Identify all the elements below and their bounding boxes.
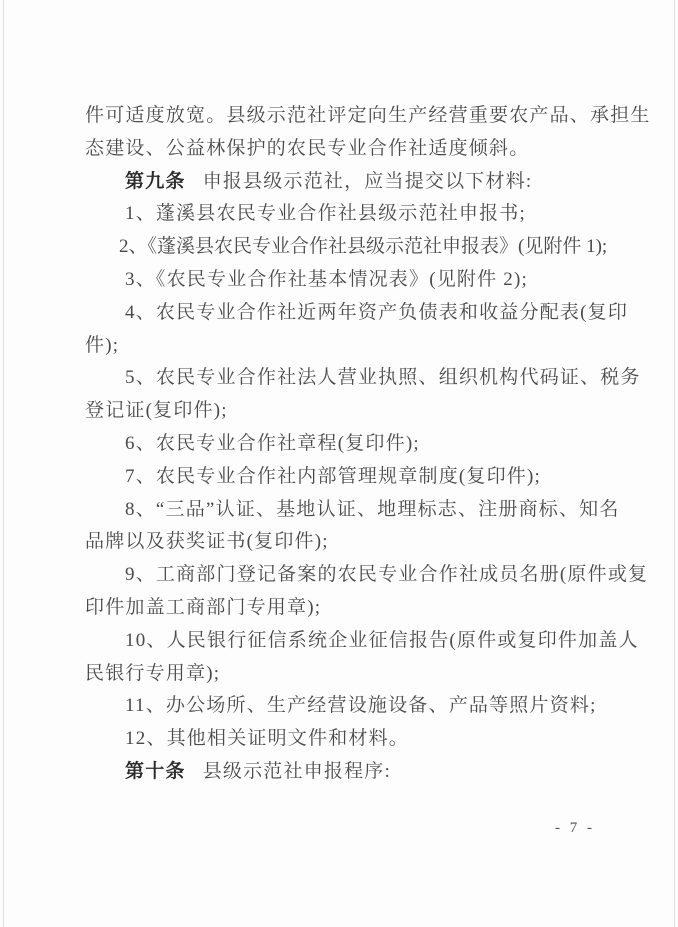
list-item-5-continuation: 登记证(复印件); [85,395,630,428]
list-item-2: 2、《蓬溪县农民专业合作社县级示范社申报表》(见附件 1); [85,231,630,264]
list-item-8: 8、“三品”认证、基地认证、地理标志、注册商标、知名 [85,494,630,527]
list-item-10: 10、人民银行征信系统企业征信报告(原件或复印件加盖人 [85,625,630,658]
list-item-9-continuation: 印件加盖工商部门专用章); [85,592,630,625]
document-line: 态建设、公益林保护的农民专业合作社适度倾斜。 [85,133,630,166]
list-item-8-continuation: 品牌以及获奖证书(复印件); [85,526,630,559]
list-item-7: 7、农民专业合作社内部管理规章制度(复印件); [85,461,630,494]
scan-edge-left-line [3,0,4,927]
document-page: 件可适度放宽。县级示范社评定向生产经营重要农产品、承担生 态建设、公益林保护的农… [0,0,678,927]
list-item-12: 12、其他相关证明文件和材料。 [85,723,630,756]
list-item-3: 3、《农民专业合作社基本情况表》(见附件 2); [85,264,630,297]
list-item-5: 5、农民专业合作社法人营业执照、组织机构代码证、税务 [85,362,630,395]
document-body: 件可适度放宽。县级示范社评定向生产经营重要农产品、承担生 态建设、公益林保护的农… [85,100,630,789]
article-heading-text: 县级示范社申报程序: [203,761,391,782]
article-10-heading: 第十条县级示范社申报程序: [85,756,630,789]
list-item-4: 4、农民专业合作社近两年资产负债表和收益分配表(复印 [85,297,630,330]
document-line: 件可适度放宽。县级示范社评定向生产经营重要农产品、承担生 [85,100,630,133]
article-heading-text: 申报县级示范社，应当提交以下材料: [203,171,533,192]
page-number: - 7 - [530,820,620,837]
list-item-1: 1、蓬溪县农民专业合作社县级示范社申报书; [85,198,630,231]
article-9-heading: 第九条申报县级示范社，应当提交以下材料: [85,166,630,199]
list-item-6: 6、农民专业合作社章程(复印件); [85,428,630,461]
scan-edge-right-line [674,0,675,927]
list-item-9: 9、工商部门登记备案的农民专业合作社成员名册(原件或复 [85,559,630,592]
list-item-10-continuation: 民银行专用章); [85,658,630,691]
article-number: 第九条 [125,171,186,192]
list-item-11: 11、办公场所、生产经营设施设备、产品等照片资料; [85,690,630,723]
article-number: 第十条 [125,761,186,782]
list-item-4-continuation: 件); [85,330,630,363]
